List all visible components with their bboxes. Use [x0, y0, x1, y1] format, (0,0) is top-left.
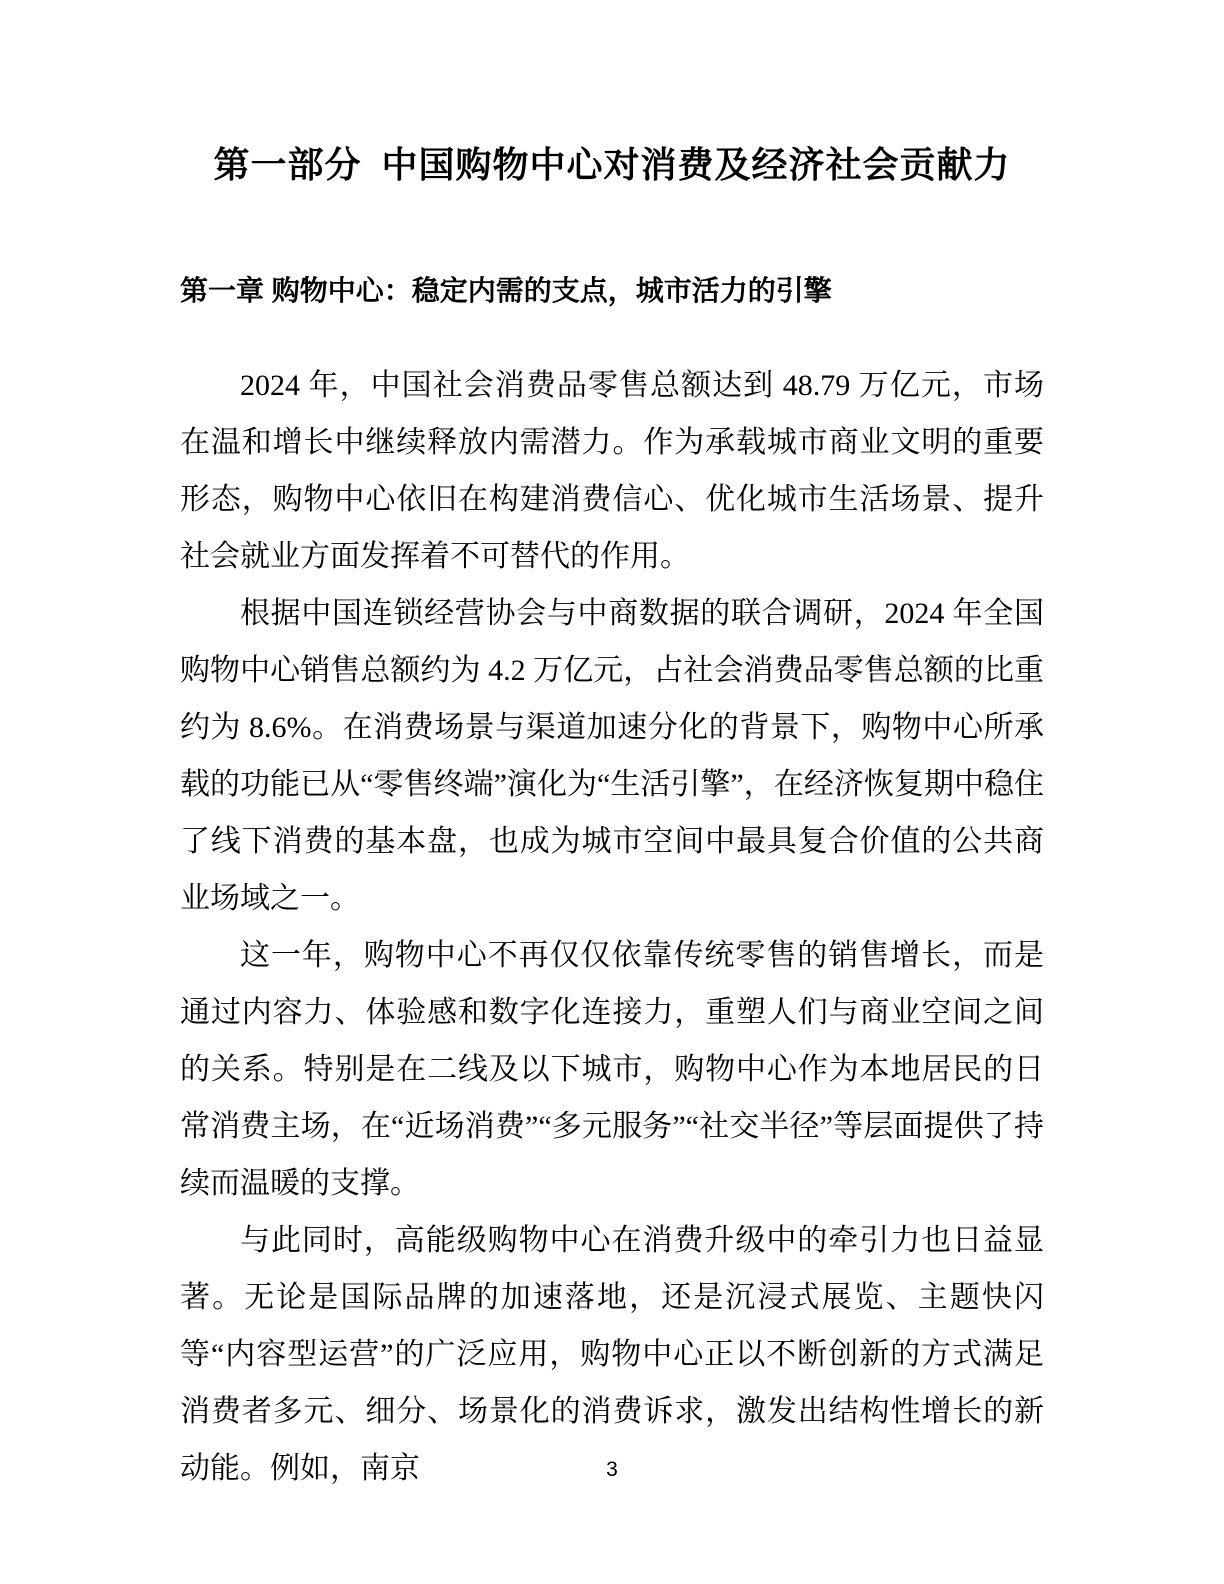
- document-page: 第一部分 中国购物中心对消费及经济社会贡献力 第一章 购物中心：稳定内需的支点，…: [0, 0, 1224, 1584]
- chapter-heading: 第一章 购物中心：稳定内需的支点，城市活力的引擎: [180, 272, 1044, 310]
- page-number: 3: [606, 1458, 618, 1481]
- paragraph-1: 2024 年，中国社会消费品零售总额达到 48.79 万亿元，市场在温和增长中继…: [180, 357, 1044, 585]
- page-footer: 3: [0, 1457, 1224, 1483]
- part-title: 第一部分 中国购物中心对消费及经济社会贡献力: [180, 138, 1044, 192]
- paragraph-4: 与此同时，高能级购物中心在消费升级中的牵引力也日益显著。无论是国际品牌的加速落地…: [180, 1212, 1044, 1497]
- paragraph-2: 根据中国连锁经营协会与中商数据的联合调研，2024 年全国购物中心销售总额约为 …: [180, 585, 1044, 927]
- paragraph-3: 这一年，购物中心不再仅仅依靠传统零售的销售增长，而是通过内容力、体验感和数字化连…: [180, 927, 1044, 1212]
- body-text: 2024 年，中国社会消费品零售总额达到 48.79 万亿元，市场在温和增长中继…: [180, 357, 1044, 1497]
